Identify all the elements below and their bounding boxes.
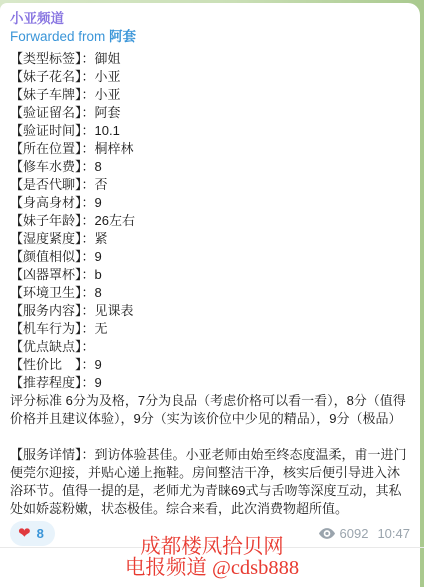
field-row: 【颜值相似】：9 [10, 248, 410, 266]
field-row: 【优点缺点】： [10, 338, 410, 356]
forwarded-prefix-label: Forwarded from [10, 29, 109, 44]
telegram-chat-view: { "header": { "channel_name": "小亚频道", "f… [0, 0, 424, 587]
field-row: 【机车行为】：无 [10, 320, 410, 338]
field-row: 【服务内容】：见课表 [10, 302, 410, 320]
field-row: 【验证留名】：阿套 [10, 104, 410, 122]
field-row: 【环境卫生】：8 [10, 284, 410, 302]
field-row: 【所在位置】：桐梓林 [10, 140, 410, 158]
field-row: 【类型标签】：御姐 [10, 50, 410, 68]
field-row: 【修车水费】：8 [10, 158, 410, 176]
paragraph-gap [10, 428, 410, 446]
channel-title[interactable]: 小亚频道 [10, 10, 410, 28]
message-bubble: 小亚频道 Forwarded from 阿套 【类型标签】：御姐 【妹子花名】：… [0, 3, 420, 587]
field-row: 【妹子年龄】：26左右 [10, 212, 410, 230]
message-body: 【类型标签】：御姐 【妹子花名】：小亚 【妹子车牌】：小亚 【验证留名】：阿套 … [10, 50, 410, 518]
field-row: 【推荐程度】：9 [10, 374, 410, 392]
watermark: 成都楼凤拾贝网 电报频道 @cdsb888 [0, 537, 424, 579]
field-row: 【湿度紧度】：紧 [10, 230, 410, 248]
field-row: 【妹子花名】：小亚 [10, 68, 410, 86]
forwarded-channel-link[interactable]: 阿套 [109, 29, 136, 44]
field-row: 【验证时间】：10.1 [10, 122, 410, 140]
rating-note: 评分标准 6分为及格，7分为良品（考虑价格可以看一看），8分（值得价格并且建议体… [10, 392, 410, 428]
forwarded-from: Forwarded from 阿套 [10, 28, 410, 46]
service-detail: 【服务详情】：到访体验甚佳。小亚老师由始至终态度温柔，甫一进门便莞尔迎接，并贴心… [10, 446, 410, 518]
watermark-line1: 成都楼凤拾贝网 [0, 537, 424, 558]
field-row: 【性价比 】：9 [10, 356, 410, 374]
watermark-line2: 电报频道 @cdsb888 [0, 558, 424, 579]
field-row: 【是否代聊】：否 [10, 176, 410, 194]
field-row: 【凶器罩杯】：b [10, 266, 410, 284]
field-row: 【身高身材】：9 [10, 194, 410, 212]
field-row: 【妹子车牌】：小亚 [10, 86, 410, 104]
